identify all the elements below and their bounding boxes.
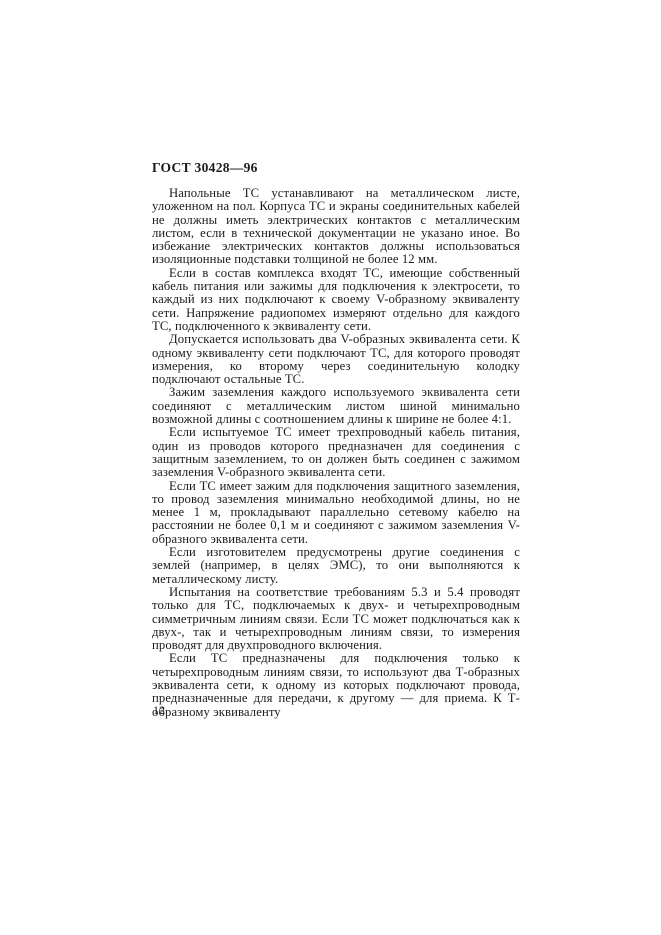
text-block: ГОСТ 30428—96 Напольные ТС устанавливают… <box>152 161 520 719</box>
paragraph: Если испытуемое ТС имеет трехпроводный к… <box>152 426 520 479</box>
paragraph: Зажим заземления каждого используемого э… <box>152 386 520 426</box>
paragraph: Напольные ТС устанавливают на металличес… <box>152 187 520 267</box>
paragraph: Если изготовителем предусмотрены другие … <box>152 546 520 586</box>
page-number: 12 <box>153 704 165 717</box>
paragraph: Допускается использовать два V-образных … <box>152 333 520 386</box>
document-body: Напольные ТС устанавливают на металличес… <box>152 187 520 719</box>
paragraph: Если ТС имеет зажим для подключения защи… <box>152 480 520 546</box>
document-page: ГОСТ 30428—96 Напольные ТС устанавливают… <box>0 0 661 935</box>
document-header: ГОСТ 30428—96 <box>152 161 520 175</box>
paragraph: Испытания на соответствие требованиям 5.… <box>152 586 520 652</box>
paragraph: Если в состав комплекса входят ТС, имеющ… <box>152 267 520 333</box>
paragraph: Если ТС предназначены для подключения то… <box>152 652 520 718</box>
